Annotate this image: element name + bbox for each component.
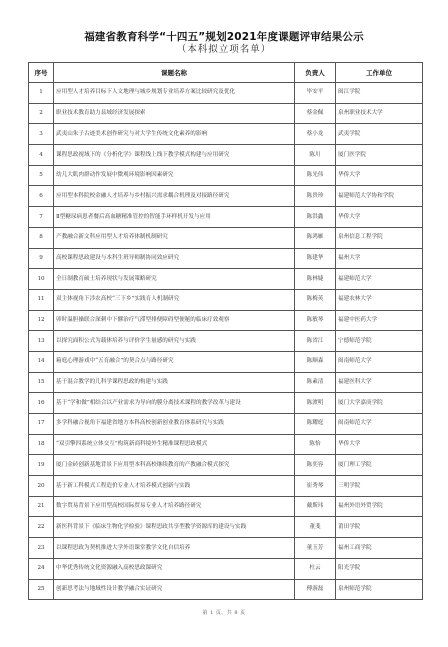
table-row: 17多学科融合视角下福建省地方本科高校创新创业教育体系研究与实践陈耀庭闽南师范大… [29,414,423,435]
table-row: 13以探究面积公式为载体培养与评价学生量感的研究与实践陈省江宁德师范学院 [29,331,423,352]
row-title: 应用型本科院校金融人才培养与乡村振兴需求耦合机理及对接路径研究 [54,186,295,207]
row-person: 戴斯玮 [295,496,336,517]
row-person: 陈川 [295,145,336,166]
row-unit: 福建中医药大学 [336,310,423,331]
row-person: 蔡小龙 [295,124,336,145]
table-row: 5幼儿大肌肉群动作发展中微观环境影响因素研究陈光伟华侨大学 [29,165,423,186]
row-title: 厦门金砖创新基地背景下应用型本科高校继续教育的产教融合模式探究 [54,455,295,476]
table-row: 20基于新工科模式工程造价专业人才培养模式创新与实践崔秀琴三明学院 [29,476,423,497]
row-no: 3 [29,124,54,145]
row-title: 双主体视角下涉农高校“三下乡”实践育人机制研究 [54,289,295,310]
row-title: 武夷山朱子古迹美术创作研究与对大学生传统文化素养的影响 [54,124,295,145]
row-unit: 厦门大学嘉庚学院 [336,393,423,414]
row-no: 15 [29,372,54,393]
row-title: 数字贸易背景下应用型高校国际贸易专业人才培养路径研究 [54,496,295,517]
row-person: 陈素清 [295,372,336,393]
row-unit: 福建医科大学 [336,372,423,393]
row-title: 以课程思政为契机推进大学外语课堂教学文化自信培养 [54,538,295,559]
row-person: 傅游磊 [295,579,336,600]
row-no: 25 [29,579,54,600]
row-no: 19 [29,455,54,476]
table-row: 6应用型本科院校金融人才培养与乡村振兴需求耦合机理及对接路径研究陈贵珍福建师范大… [29,186,423,207]
row-no: 2 [29,103,54,124]
row-title: 课程思政视域下的《分析化学》课程线上线下教学模式构建与应用研究 [54,145,295,166]
table-row: 23以课程思政为契机推进大学外语课堂教学文化自信培养董玉芳福州工商学院 [29,538,423,559]
row-unit: 闽南师范大学 [336,351,423,372]
row-no: 20 [29,476,54,497]
table-row: 10全日制教育硕士培养现状与发展策略研究陈林婕福建师范大学 [29,269,423,290]
row-unit: 福州大学 [336,248,423,269]
table-row: 11双主体视角下涉农高校“三下乡”实践育人机制研究陈梅英福建农林大学 [29,289,423,310]
row-no: 14 [29,351,54,372]
row-no: 22 [29,517,54,538]
row-person: 陈顺森 [295,351,336,372]
row-title: 产教融合新文科应用型人才培养体制机制研究 [54,227,295,248]
table-row: 22新医科背景下《临床生物化学检验》课程思政共享型教学资源库的建设与实践董斐莆田… [29,517,423,538]
row-title: 高校课程思政建设与本科生班导师制协同效应研究 [54,248,295,269]
row-unit: 泉州信息工程学院 [336,227,423,248]
header-no: 序号 [29,63,54,83]
row-title: 多学科融合视角下福建省地方本科高校创新创业教育体系研究与实践 [54,414,295,435]
row-no: 13 [29,331,54,352]
row-no: 11 [29,289,54,310]
row-person: 陈梅英 [295,289,336,310]
row-unit: 宁德师范学院 [336,331,423,352]
row-title: 职业技术教育助力县域经济发展探索 [54,103,295,124]
row-unit: 华侨大学 [336,434,423,455]
table-row: 19厦门金砖创新基地背景下应用型本科高校继续教育的产教融合模式探究陈奕容厦门理工… [29,455,423,476]
table-row: 12卯时温胆操联合深刺中下髎治疗气滞型排便障碍型便秘的临床疗效观察陈敏琴福建中医… [29,310,423,331]
table-row: 3武夷山朱子古迹美术创作研究与对大学生传统文化素养的影响蔡小龙武夷学院 [29,124,423,145]
row-no: 7 [29,207,54,228]
row-title: 基于混合教学的儿科学课程思政的构建与实践 [54,372,295,393]
row-person: 陈林婕 [295,269,336,290]
row-title: 新医科背景下《临床生物化学检验》课程思政共享型教学资源库的建设与实践 [54,517,295,538]
table-row: 2职业技术教育助力县域经济发展探索蔡金佩泉州职业技术大学 [29,103,423,124]
row-no: 9 [29,248,54,269]
row-person: 陈怡 [295,434,336,455]
table-row: 7Ⅱ型糖尿病患者餐后高血糖精准管控的智能手环样机开发与应用陈洪鑫华侨大学 [29,207,423,228]
table-row: 15基于混合教学的儿科学课程思政的构建与实践陈素清福建医科大学 [29,372,423,393]
row-no: 4 [29,145,54,166]
row-no: 18 [29,434,54,455]
row-no: 17 [29,414,54,435]
row-title: 幼儿大肌肉群动作发展中微观环境影响因素研究 [54,165,295,186]
row-no: 5 [29,165,54,186]
row-unit: 闽南师范大学 [336,414,423,435]
row-unit: 武夷学院 [336,124,423,145]
row-no: 21 [29,496,54,517]
document-subtitle: （本科拟立项名单） [0,44,448,56]
row-unit: 福建师范大学 [336,269,423,290]
row-unit: 阳光学院 [336,558,423,579]
row-person: 董斐 [295,517,336,538]
row-unit: 华侨大学 [336,165,423,186]
row-title: 基于新工科模式工程造价专业人才培养模式创新与实践 [54,476,295,497]
header-title: 课题名称 [54,63,295,83]
row-person: 陈鸿雁 [295,227,336,248]
row-unit: 厦门理工学院 [336,455,423,476]
row-person: 毕安平 [295,83,336,104]
row-title: 全日制教育硕士培养现状与发展策略研究 [54,269,295,290]
row-person: 陈耀庭 [295,414,336,435]
row-person: 陈奕容 [295,455,336,476]
row-person: 陈洪鑫 [295,207,336,228]
row-unit: 厦门医学院 [336,145,423,166]
row-person: 陈光伟 [295,165,336,186]
row-unit: 福建师范大学协和学院 [336,186,423,207]
header-person: 负责人 [295,63,336,83]
row-no: 8 [29,227,54,248]
page-number: 第 1 页，共 8 页 [0,609,448,616]
row-title: 以探究面积公式为载体培养与评价学生量感的研究与实践 [54,331,295,352]
row-title: 箱庭心理游戏中“五育融合”的契合点与路径研究 [54,351,295,372]
table-header-row: 序号 课题名称 负责人 工作单位 [29,63,423,83]
row-person: 陈渡明 [295,393,336,414]
row-no: 24 [29,558,54,579]
row-title: 基于“学和做”相结合以产业需求为导向的膜分离技术课程的教学改革与建设 [54,393,295,414]
row-person: 陈省江 [295,331,336,352]
row-no: 10 [29,269,54,290]
row-person: 崔秀琴 [295,476,336,497]
table-row: 14箱庭心理游戏中“五育融合”的契合点与路径研究陈顺森闽南师范大学 [29,351,423,372]
table-row: 18“双引擎四系统立体交互”构筑新商科境外生精准课程思政模式陈怡华侨大学 [29,434,423,455]
row-no: 23 [29,538,54,559]
row-no: 16 [29,393,54,414]
row-person: 陈贵珍 [295,186,336,207]
row-unit: 华侨大学 [336,207,423,228]
row-unit: 泉州职业技术大学 [336,103,423,124]
row-title: 创新思考法与地域性设计教学融合实证研究 [54,579,295,600]
row-person: 蔡金佩 [295,103,336,124]
row-person: 陈敏琴 [295,310,336,331]
table-row: 24中华优秀传统文化资源融入高校思政课研究杜云阳光学院 [29,558,423,579]
results-table: 序号 课题名称 负责人 工作单位 1应用型人才培养目标下人文地理与城乡规划专业培… [28,62,423,600]
row-unit: 泉州师范学院 [336,579,423,600]
table-row: 16基于“学和做”相结合以产业需求为导向的膜分离技术课程的教学改革与建设陈渡明厦… [29,393,423,414]
header-unit: 工作单位 [336,63,423,83]
table-row: 21数字贸易背景下应用型高校国际贸易专业人才培养路径研究戴斯玮福州外语外贸学院 [29,496,423,517]
row-unit: 福建农林大学 [336,289,423,310]
row-no: 1 [29,83,54,104]
row-person: 杜云 [295,558,336,579]
table-body: 1应用型人才培养目标下人文地理与城乡规划专业培养方案比较研究及优化毕安平闽江学院… [29,83,423,600]
row-title: Ⅱ型糖尿病患者餐后高血糖精准管控的智能手环样机开发与应用 [54,207,295,228]
row-unit: 三明学院 [336,476,423,497]
row-title: “双引擎四系统立体交互”构筑新商科境外生精准课程思政模式 [54,434,295,455]
document-title: 福建省教育科学“十四五”规划2021年度课题评审结果公示 [0,31,448,44]
row-person: 陈建华 [295,248,336,269]
row-unit: 闽江学院 [336,83,423,104]
row-title: 中华优秀传统文化资源融入高校思政课研究 [54,558,295,579]
row-person: 董玉芳 [295,538,336,559]
row-title: 卯时温胆操联合深刺中下髎治疗气滞型排便障碍型便秘的临床疗效观察 [54,310,295,331]
table-row: 8产教融合新文科应用型人才培养体制机制研究陈鸿雁泉州信息工程学院 [29,227,423,248]
table-row: 25创新思考法与地域性设计教学融合实证研究傅游磊泉州师范学院 [29,579,423,600]
row-unit: 福州外语外贸学院 [336,496,423,517]
row-title: 应用型人才培养目标下人文地理与城乡规划专业培养方案比较研究及优化 [54,83,295,104]
row-no: 12 [29,310,54,331]
table-row: 1应用型人才培养目标下人文地理与城乡规划专业培养方案比较研究及优化毕安平闽江学院 [29,83,423,104]
table-row: 4课程思政视域下的《分析化学》课程线上线下教学模式构建与应用研究陈川厦门医学院 [29,145,423,166]
row-unit: 福州工商学院 [336,538,423,559]
row-no: 6 [29,186,54,207]
row-unit: 莆田学院 [336,517,423,538]
table-row: 9高校课程思政建设与本科生班导师制协同效应研究陈建华福州大学 [29,248,423,269]
